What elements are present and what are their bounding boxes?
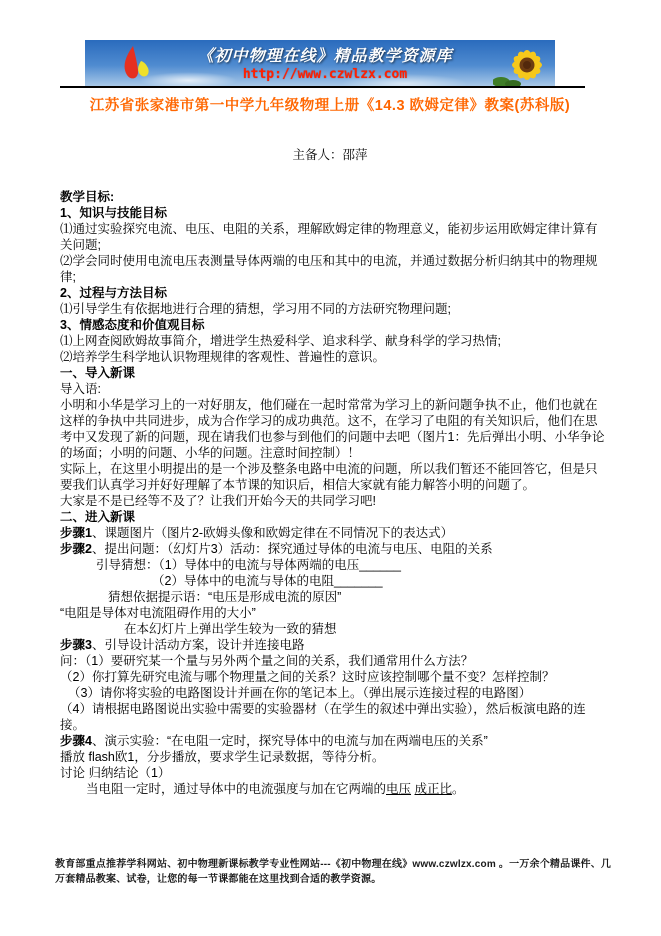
paragraph: 播放 flash欧1，分步播放，要求学生记录数据，等待分析。 — [60, 749, 608, 765]
paragraph: 3、情感态度和价值观目标 — [60, 317, 608, 333]
paragraph: 教学目标: — [60, 189, 608, 205]
paragraph: 一、导入新课 — [60, 365, 608, 381]
paragraph: （2）你打算先研究电流与哪个物理量之间的关系？这时应该控制哪个量不变？怎样控制？ — [60, 669, 608, 685]
site-logo-icon — [117, 45, 157, 83]
banner-site-url: http://www.czwlzx.com — [175, 67, 475, 82]
paragraph: ⑵学会同时使用电流电压表测量导体两端的电压和其中的电流，并通过数据分析归纳其中的… — [60, 253, 608, 285]
paragraph: 二、进入新课 — [60, 509, 608, 525]
paragraph: （2）导体中的电流与导体的电阻_______ — [60, 573, 608, 589]
byline: 主备人：邵萍 — [60, 145, 600, 163]
paragraph: ⑴上网查阅欧姆故事简介，增进学生热爱科学、追求科学、献身科学的学习热情; — [60, 333, 608, 349]
paragraph: 步骤2、提出问题：（幻灯片3）活动：探究通过导体的电流与电压、电阻的关系 — [60, 541, 608, 557]
banner-text-block: 《初中物理在线》精品教学资源库 http://www.czwlzx.com — [175, 43, 475, 82]
document-page: 《初中物理在线》精品教学资源库 http://www.czwlzx.com — [0, 0, 661, 936]
divider-line — [60, 86, 585, 88]
paragraph: 实际上，在这里小明提出的是一个涉及整条电路中电流的问题，所以我们暂还不能回答它，… — [60, 461, 608, 493]
paragraph: “电阻是导体对电流阻碍作用的大小” — [60, 605, 608, 621]
sunflower-icon — [493, 48, 551, 86]
paragraph: （4）请根据电路图说出实验中需要的实验器材（在学生的叙述中弹出实验），然后板演电… — [60, 701, 608, 733]
paragraph: 问：（1）要研究某一个量与另外两个量之间的关系，我们通常用什么方法？ — [60, 653, 608, 669]
paragraph: 在本幻灯片上弹出学生较为一致的猜想 — [60, 621, 608, 637]
paragraph: 当电阻一定时，通过导体中的电流强度与加在它两端的电压 成正比。 — [60, 781, 608, 797]
paragraph: 大家是不是已经等不及了？让我们开始今天的共同学习吧! — [60, 493, 608, 509]
banner-site-name: 《初中物理在线》精品教学资源库 — [175, 43, 475, 66]
document-body: 教学目标:1、知识与技能目标⑴通过实验探究电流、电压、电阻的关系，理解欧姆定律的… — [60, 189, 608, 797]
paragraph: 引导猜想：（1）导体中的电流与导体两端的电压______ — [60, 557, 608, 573]
paragraph: 2、过程与方法目标 — [60, 285, 608, 301]
paragraph: （3）请你将实验的电路图设计并画在你的笔记本上。（弹出展示连接过程的电路图） — [60, 685, 608, 701]
paragraph: 讨论 归纳结论（1） — [60, 765, 608, 781]
paragraph: 1、知识与技能目标 — [60, 205, 608, 221]
page-title: 江苏省张家港市第一中学九年级物理上册《14.3 欧姆定律》教案(苏科版) — [40, 94, 620, 115]
paragraph: 步骤3、引导设计活动方案，设计并连接电路 — [60, 637, 608, 653]
paragraph: 步骤4、演示实验：“在电阻一定时，探究导体中的电流与加在两端电压的关系” — [60, 733, 608, 749]
paragraph: ⑵培养学生科学地认识物理规律的客观性、普遍性的意识。 — [60, 349, 608, 365]
paragraph: 步骤1、课题图片（图片2-欧姆头像和欧姆定律在不同情况下的表达式） — [60, 525, 608, 541]
paragraph: ⑴通过实验探究电流、电压、电阻的关系，理解欧姆定律的物理意义，能初步运用欧姆定律… — [60, 221, 608, 253]
paragraph: 导入语: — [60, 381, 608, 397]
site-banner-image: 《初中物理在线》精品教学资源库 http://www.czwlzx.com — [85, 40, 555, 86]
paragraph: 猜想依据提示语：“电压是形成电流的原因” — [60, 589, 608, 605]
paragraph: ⑴引导学生有依据地进行合理的猜想，学习用不同的方法研究物理问题; — [60, 301, 608, 317]
paragraph: 小明和小华是学习上的一对好朋友，他们碰在一起时常常为学习上的新问题争执不止，他们… — [60, 397, 608, 461]
footer-note: 教育部重点推荐学科网站、初中物理新课标教学专业性网站---《初中物理在线》www… — [55, 857, 613, 887]
